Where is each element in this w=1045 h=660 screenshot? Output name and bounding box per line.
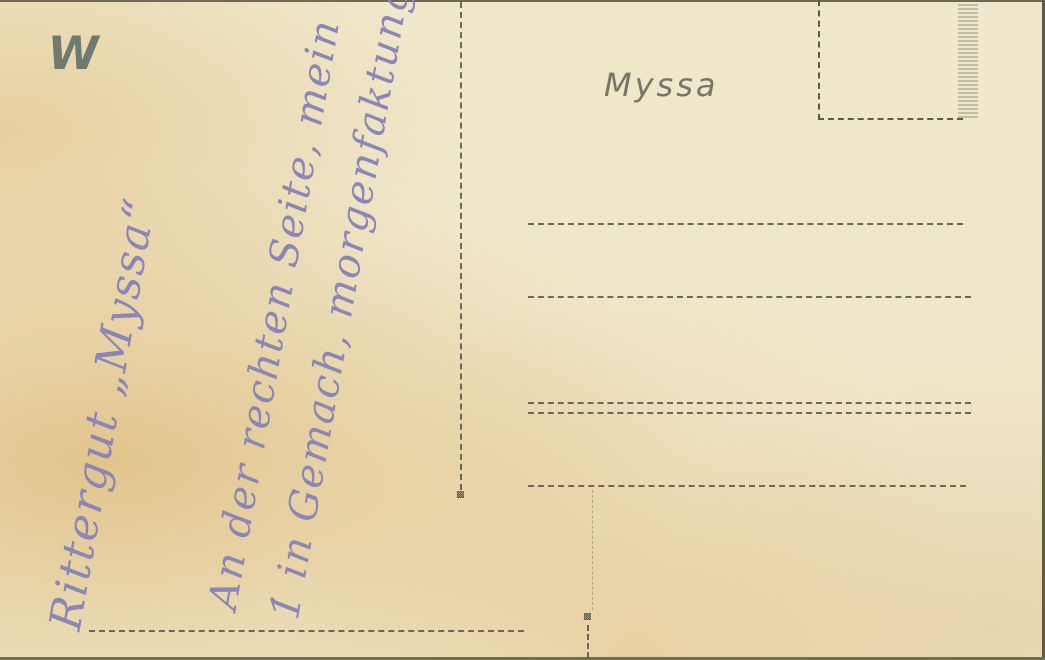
center-divider xyxy=(460,2,462,490)
corner-mark: W xyxy=(43,26,97,80)
address-line-1 xyxy=(528,223,963,225)
bottom-divider xyxy=(587,625,589,658)
message-bottom-line xyxy=(89,630,524,632)
stamp-box xyxy=(818,0,963,120)
pencil-note: Myssa xyxy=(604,66,719,104)
lower-divider xyxy=(592,490,593,610)
bottom-printer-mark: ▩ xyxy=(583,612,592,622)
postcard-back: W Rittergut „Myssa“ An der rechten Seite… xyxy=(0,0,1045,660)
address-line-3 xyxy=(528,402,971,404)
address-line-4 xyxy=(528,412,971,414)
address-line-2 xyxy=(528,296,971,298)
divider-printer-mark: ▩ xyxy=(456,490,465,500)
handwriting-line-1: Rittergut „Myssa“ xyxy=(40,193,166,634)
stamp-box-shadow xyxy=(958,0,978,118)
address-line-5 xyxy=(528,485,966,487)
